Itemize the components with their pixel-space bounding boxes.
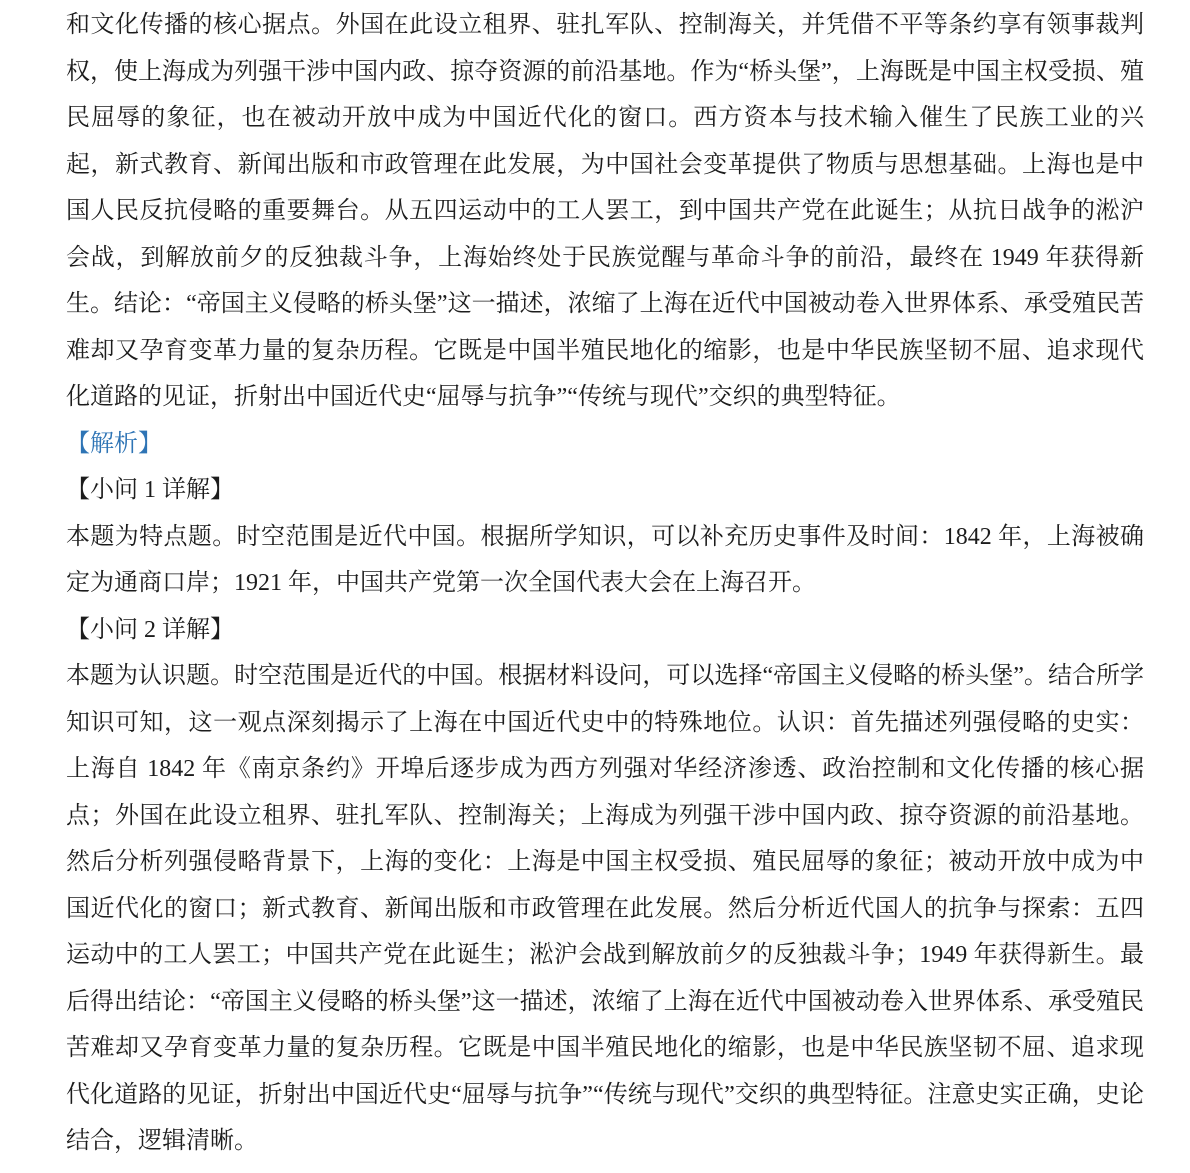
document-page: 和文化传播的核心据点。外国在此设立租界、驻扎军队、控制海关，并凭借不平等条约享有… [0,0,1190,1173]
analysis-heading: 【解析】 [66,421,1144,468]
subquestion-2-detail: 本题为认识题。时空范围是近代的中国。根据材料设问，可以选择“帝国主义侵略的桥头堡… [66,653,1144,1165]
subquestion-1-detail: 本题为特点题。时空范围是近代中国。根据所学知识，可以补充历史事件及时间：1842… [66,514,1144,607]
subquestion-2-heading: 【小问 2 详解】 [66,607,1144,654]
subquestion-1-heading: 【小问 1 详解】 [66,467,1144,514]
answer-paragraph-continuation: 和文化传播的核心据点。外国在此设立租界、驻扎军队、控制海关，并凭借不平等条约享有… [66,2,1144,421]
